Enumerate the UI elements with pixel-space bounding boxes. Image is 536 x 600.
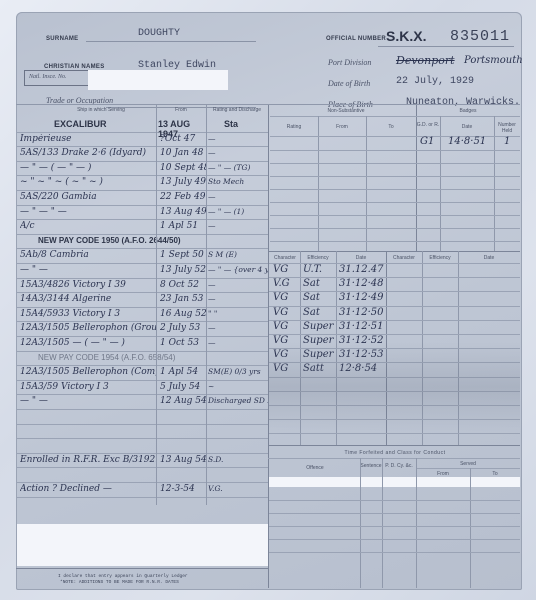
conduct-eff-h: Efficiency: [300, 255, 336, 261]
conduct-character: VG: [273, 321, 299, 332]
service-table: Ship in which Serving From Rating and Di…: [16, 105, 268, 525]
conduct-eff-h2: Efficiency: [422, 255, 458, 261]
header-from: From: [156, 107, 206, 113]
from-date: 22 Feb 49: [160, 192, 206, 202]
col-divider: [156, 105, 157, 505]
conduct-efficiency: Sat: [303, 292, 336, 303]
footer-line2: *NOTE: ADDITIONS TO BE MADE FOR R.N.R. D…: [60, 580, 179, 585]
conduct-char-h: Character: [270, 255, 300, 261]
tf-served: Served: [416, 461, 520, 467]
pay-code-heading: NEW PAY CODE 1954 (A.F.O. 658/54): [38, 353, 268, 362]
tf-offence: Offence: [270, 465, 360, 471]
ship-name: — " —: [20, 396, 156, 406]
conduct-date: 31·12·48: [339, 278, 386, 289]
row-divider: [270, 228, 520, 229]
rating: S.D.: [208, 455, 268, 464]
header-rating: Rating and Discharge: [206, 107, 268, 113]
row-divider: [270, 189, 520, 190]
table-row: ~ " ~ " ~ ( ~ " ~ )13 July 49Sto Mech: [16, 175, 268, 190]
rating: —: [208, 280, 268, 289]
badge-date-value: 14·8·51: [448, 136, 486, 147]
table-row: 12A3/1505 — ( — " — )1 Oct 53—: [16, 336, 268, 351]
table-row: 12A3/1505 Bellerophon (Group)2 July 53—: [16, 321, 268, 336]
from-date: 16 Aug 52: [160, 309, 206, 319]
table-row: 12A3/1505 Bellerophon (Comp)1 Apl 54SM(E…: [16, 365, 268, 380]
row-divider: [269, 526, 520, 527]
row-divider: [270, 163, 520, 164]
table-row: 14A3/3144 Algerine23 Jan 53—: [16, 292, 268, 307]
port-division-struck: Devonport: [396, 54, 455, 67]
port-division-value: Portsmouth: [464, 55, 523, 66]
ship-name: 5AS/133 Drake 2·6 (Idyard): [20, 148, 156, 158]
non-sub-from: From: [318, 124, 366, 130]
table-row: — " —13 July 52— " — {over 4 yrs}: [16, 263, 268, 278]
rating: — " — (1): [208, 207, 268, 216]
from-date: ?Oct 47: [160, 134, 206, 144]
official-prefix: S.K.X.: [386, 28, 426, 44]
ship-name: EXCALIBUR: [54, 119, 154, 129]
table-row: 5AS/220 Gambia22 Feb 49—: [16, 190, 268, 205]
non-sub-rating: Rating: [270, 124, 318, 130]
from-date: 2 July 53: [160, 323, 206, 333]
ship-name: 5Ab/8 Cambria: [20, 250, 156, 260]
nat-ins-label: Natl. Insce. No.: [29, 74, 67, 80]
from-date: 1 Apl 54: [160, 367, 206, 377]
row-divider: [270, 176, 520, 177]
table-row: — " — ( — " — )10 Sept 48— " — (TG): [16, 161, 268, 176]
crease-shadow: [269, 342, 520, 432]
badge-gd-value: G1: [420, 136, 434, 147]
row-divider: [270, 202, 520, 203]
conduct-date-h: Date: [336, 255, 386, 261]
badges-number: Number Held: [494, 122, 520, 134]
badge-number-value: 1: [504, 136, 510, 147]
ship-name: 12A3/1505 Bellerophon (Comp): [20, 367, 156, 377]
table-row: 15A3/59 Victory I 35 July 54~: [16, 380, 268, 395]
divider: [16, 568, 268, 569]
from-date: 1 Oct 53: [160, 338, 206, 348]
port-division-label: Port Division: [328, 58, 371, 67]
surname-label: SURNAME: [46, 36, 78, 42]
ship-name: 12A3/1505 Bellerophon (Group): [20, 323, 156, 333]
table-row: [16, 467, 268, 482]
rating: V.G.: [208, 484, 268, 493]
col-divider: [470, 468, 471, 588]
redacted-field: [88, 70, 228, 90]
conduct-character: VG: [273, 292, 299, 303]
table-row: 15A4/5933 Victory I 316 Aug 52" ": [16, 307, 268, 322]
section-row: NEW PAY CODE 1954 (A.F.O. 658/54): [16, 351, 268, 366]
row-divider: [269, 500, 520, 501]
ship-name: Impérieuse: [20, 134, 156, 144]
row-divider: [16, 497, 268, 498]
table-row: 5Ab/8 Cambria1 Sept 50S M (E): [16, 248, 268, 263]
non-sub-title: Non-Substantive: [276, 108, 416, 114]
redacted-block: [17, 524, 268, 566]
rating: Sta: [224, 119, 268, 129]
pay-code-heading: NEW PAY CODE 1950 (A.F.O. 2644/50): [38, 236, 268, 245]
rating: SM(E) 0/3 yrs: [208, 367, 268, 376]
divider: [416, 468, 520, 469]
from-date: 10 Sept 48: [160, 163, 206, 173]
rating: Discharged SD R.F. Lib.: [208, 396, 268, 405]
ship-name: Enrolled in R.F.R. Exc B/31921: [20, 455, 156, 465]
conduct-date: 31·12·51: [339, 321, 386, 332]
table-row: Enrolled in R.F.R. Exc B/3192113 Aug 54S…: [16, 453, 268, 468]
ship-name: — " —: [20, 265, 156, 275]
rating: —: [208, 294, 268, 303]
table-row: A/c1 Apl 51—: [16, 219, 268, 234]
rating: —: [208, 148, 268, 157]
ship-name: — " — " —: [20, 207, 156, 217]
row-divider: [270, 215, 520, 216]
official-underline: [378, 45, 514, 47]
from-date: 13 July 49: [160, 177, 206, 187]
table-row: EXCALIBUR13 AUG 1947Sta: [16, 117, 268, 132]
row-divider: [269, 552, 520, 553]
from-date: 8 Oct 52: [160, 280, 206, 290]
conduct-date: 31·12·49: [339, 292, 386, 303]
row-divider: [270, 241, 520, 242]
redacted-strip: [269, 477, 520, 487]
table-row: 15A3/4826 Victory I 398 Oct 52—: [16, 278, 268, 293]
row-divider: [269, 539, 520, 540]
badges-gd: G.D. or R.: [416, 122, 440, 128]
ship-name: ~ " ~ " ~ ( ~ " ~ ): [20, 177, 156, 187]
surname-underline: [86, 40, 256, 42]
ship-name: 5AS/220 Gambia: [20, 192, 156, 202]
rating: Sto Mech: [208, 177, 268, 186]
divider: [268, 445, 520, 446]
ship-name: 14A3/3144 Algerine: [20, 294, 156, 304]
tf-pd: P. D. Cy. &c.: [382, 463, 416, 469]
section-row: NEW PAY CODE 1950 (A.F.O. 2644/50): [16, 234, 268, 249]
ship-name: 15A3/4826 Victory I 39: [20, 280, 156, 290]
rating: —: [208, 221, 268, 230]
table-row: Impérieuse?Oct 47—: [16, 132, 268, 147]
official-number-label: OFFICIAL NUMBER: [326, 36, 386, 42]
divider: [416, 116, 520, 117]
from-date: 23 Jan 53: [160, 294, 206, 304]
badges-date: Date: [440, 124, 494, 130]
rating: —: [208, 338, 268, 347]
from-date: 1 Sept 50: [160, 250, 206, 260]
ship-name: 12A3/1505 — ( — " — ): [20, 338, 156, 348]
divider: [268, 251, 520, 252]
col-divider: [382, 458, 383, 588]
surname-value: DOUGHTY: [138, 28, 180, 39]
from-date: 12 Aug 54: [160, 396, 206, 406]
rating: —: [208, 192, 268, 201]
rating: — " — {over 4 yrs}: [208, 265, 268, 274]
conduct-efficiency: Sat: [303, 307, 336, 318]
from-date: 12-3-54: [160, 484, 206, 494]
table-row: [16, 409, 268, 424]
non-sub-to: To: [366, 124, 416, 130]
row-divider: [269, 513, 520, 514]
divider: [268, 458, 520, 459]
official-number: 835011: [450, 28, 510, 45]
service-record-card: SURNAME DOUGHTY CHRISTIAN NAMES Stanley …: [16, 12, 522, 590]
rating: —: [208, 134, 268, 143]
conduct-character: VG: [273, 307, 299, 318]
row-divider: [269, 433, 520, 434]
ship-name: A/c: [20, 221, 156, 231]
nat-ins-box: Natl. Insce. No.: [24, 70, 98, 86]
header-ship: Ship in which Serving: [46, 107, 156, 113]
conduct-char-h2: Character: [386, 255, 422, 261]
table-row: Action ? Declined —12-3-54V.G.: [16, 482, 268, 497]
rating: ~: [208, 382, 268, 391]
tf-sentence: Sentence: [360, 463, 382, 469]
ship-name: — " — ( — " — ): [20, 163, 156, 173]
from-date: 1 Apl 51: [160, 221, 206, 231]
dob-value: 22 July, 1929: [396, 76, 474, 87]
conduct-character: VG: [273, 264, 299, 275]
badges-title: Badges: [416, 108, 520, 114]
table-row: [16, 424, 268, 439]
from-date: 13 July 52: [160, 265, 206, 275]
from-date: 13 Aug 49: [160, 207, 206, 217]
col-divider: [206, 105, 207, 505]
from-date: 5 July 54: [160, 382, 206, 392]
rating: " ": [208, 309, 268, 318]
rating: S M (E): [208, 250, 268, 259]
time-forfeited-title: Time Forfeited and Class for Conduct: [270, 450, 520, 456]
conduct-date: 31·12·50: [339, 307, 386, 318]
divider: [270, 116, 416, 117]
table-row: [16, 438, 268, 453]
rating: — " — (TG): [208, 163, 268, 172]
conduct-efficiency: Super: [303, 321, 336, 332]
from-date: 10 Jan 48: [160, 148, 206, 158]
conduct-efficiency: U.T.: [303, 264, 336, 275]
ship-name: 15A4/5933 Victory I 3: [20, 309, 156, 319]
conduct-efficiency: Sat: [303, 278, 336, 289]
from-date: 13 Aug 54: [160, 455, 206, 465]
table-row: — " — " —13 Aug 49— " — (1): [16, 205, 268, 220]
footer-line1: I declare that entry appears in Quarterl…: [58, 574, 188, 579]
conduct-date: 31.12.47: [339, 264, 386, 275]
rating: —: [208, 323, 268, 332]
conduct-character: V.G: [273, 278, 299, 289]
ship-name: Action ? Declined —: [20, 484, 156, 494]
row-divider: [270, 150, 520, 151]
conduct-date-h2: Date: [458, 255, 520, 261]
table-row: — " —12 Aug 54Discharged SD R.F. Lib.: [16, 394, 268, 409]
table-row: 5AS/133 Drake 2·6 (Idyard)10 Jan 48—: [16, 146, 268, 161]
col-divider: [360, 458, 361, 588]
col-divider: [416, 458, 417, 588]
dob-label: Date of Birth: [328, 79, 370, 88]
ship-name: 15A3/59 Victory I 3: [20, 382, 156, 392]
